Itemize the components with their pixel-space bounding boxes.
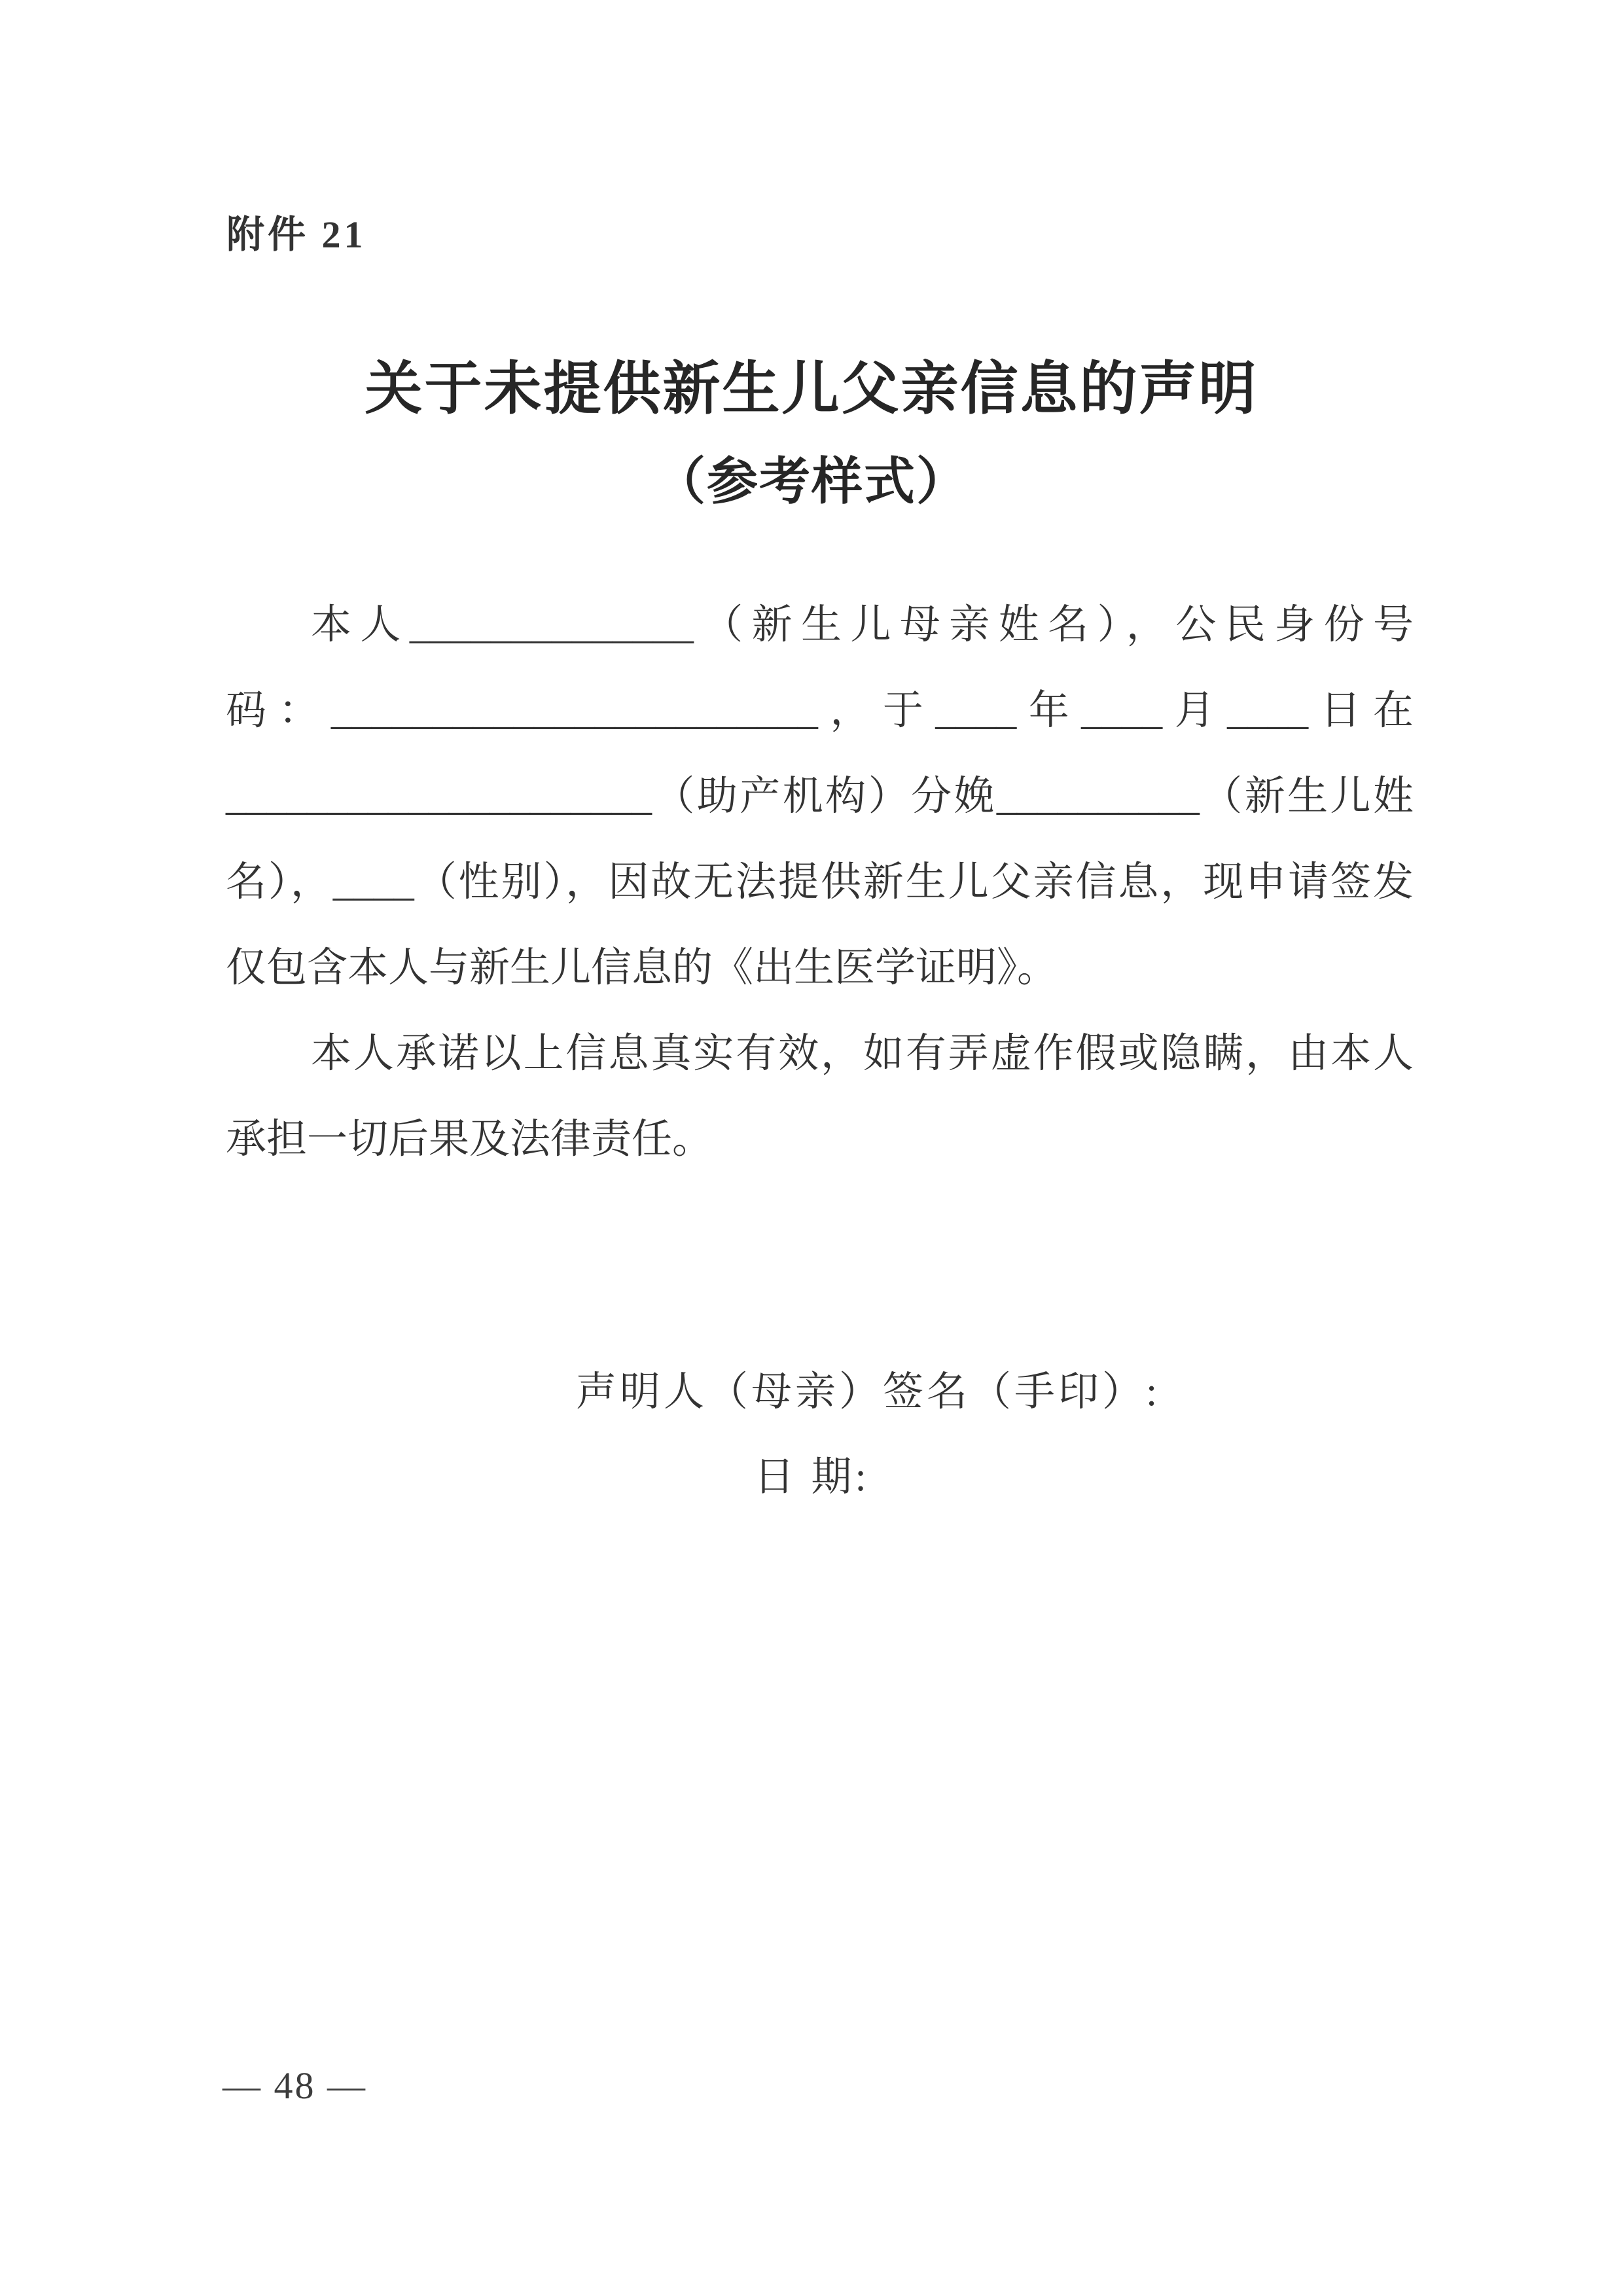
- attachment-label: 附件 21: [226, 208, 366, 262]
- document-subtitle: （参考样式）: [0, 446, 1623, 517]
- document-title: 关于未提供新生儿父亲信息的声明: [0, 352, 1623, 428]
- body-line-responsibility: 承担一切后果及法律责任。: [226, 1097, 1414, 1183]
- body-line-certificate: 仅包含本人与新生儿信息的《出生医学证明》。: [226, 925, 1414, 1011]
- body-line-gender-reason: 名），____（性别），因故无法提供新生儿父亲信息，现申请签发: [226, 840, 1414, 925]
- declaration-body: 本人______________（新生儿母亲姓名），公民身份号 码：______…: [226, 583, 1414, 1183]
- document-page: 附件 21 关于未提供新生儿父亲信息的声明 （参考样式） 本人_________…: [0, 0, 1623, 2296]
- body-line-promise: 本人承诺以上信息真实有效，如有弄虚作假或隐瞒，由本人: [226, 1011, 1414, 1097]
- body-line-id-number-date: 码：________________________，于____年____月__…: [226, 668, 1414, 754]
- signature-label: 声明人（母亲）签名（手印）:: [576, 1350, 1160, 1435]
- page-number: — 48 —: [223, 2056, 367, 2115]
- body-line-mother-name: 本人______________（新生儿母亲姓名），公民身份号: [226, 583, 1414, 668]
- body-line-institution-newborn: _____________________（助产机构）分娩__________（…: [226, 754, 1414, 840]
- date-label: 日 期:: [754, 1435, 870, 1520]
